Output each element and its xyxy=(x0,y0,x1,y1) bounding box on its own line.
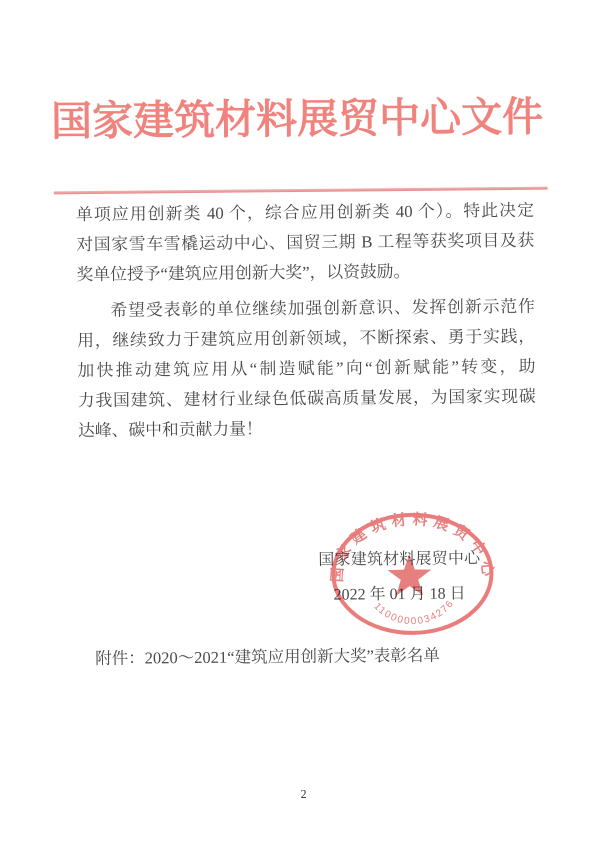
page-number: 2 xyxy=(3,784,600,805)
document-header-title: 国家建筑材料展贸中心文件 xyxy=(0,83,597,148)
body-line: 达峰、碳中和贡献力量！ xyxy=(78,412,536,446)
body-line: 希望受表彰的单位继续加强创新意识、发挥创新示范作 xyxy=(77,292,535,326)
body-line: 加快推动建筑应用从“制造赋能”向“创新赋能”转变，助 xyxy=(77,352,535,386)
body-line: 用，继续致力于建筑应用创新领域，不断探索、勇于实践， xyxy=(77,322,535,356)
attachment-line: 附件：2020～2021“建筑应用创新大奖”表彰名单 xyxy=(95,645,440,669)
seal-code-text: 1100000034276 xyxy=(371,598,457,628)
star-icon xyxy=(387,554,431,596)
body-line: 单项应用创新类 40 个，综合应用创新类 40 个）。特此决定 xyxy=(76,196,534,230)
body-line: 力我国建筑、建材行业绿色低碳高质量发展，为国家实现碳 xyxy=(78,382,536,416)
document-page: 国家建筑材料展贸中心文件 单项应用创新类 40 个，综合应用创新类 40 个）。… xyxy=(0,0,600,851)
header-rule xyxy=(54,187,548,195)
body-line: 对国家雪车雪橇运动中心、国贸三期 B 工程等获奖项目及获 xyxy=(76,226,534,260)
document-body: 单项应用创新类 40 个，综合应用创新类 40 个）。特此决定 对国家雪车雪橇运… xyxy=(76,196,536,446)
official-seal: 国家建筑材料展贸中心 1100000034276 xyxy=(326,505,502,647)
body-line: 奖单位授予“建筑应用创新大奖”，以资鼓励。 xyxy=(76,256,534,290)
